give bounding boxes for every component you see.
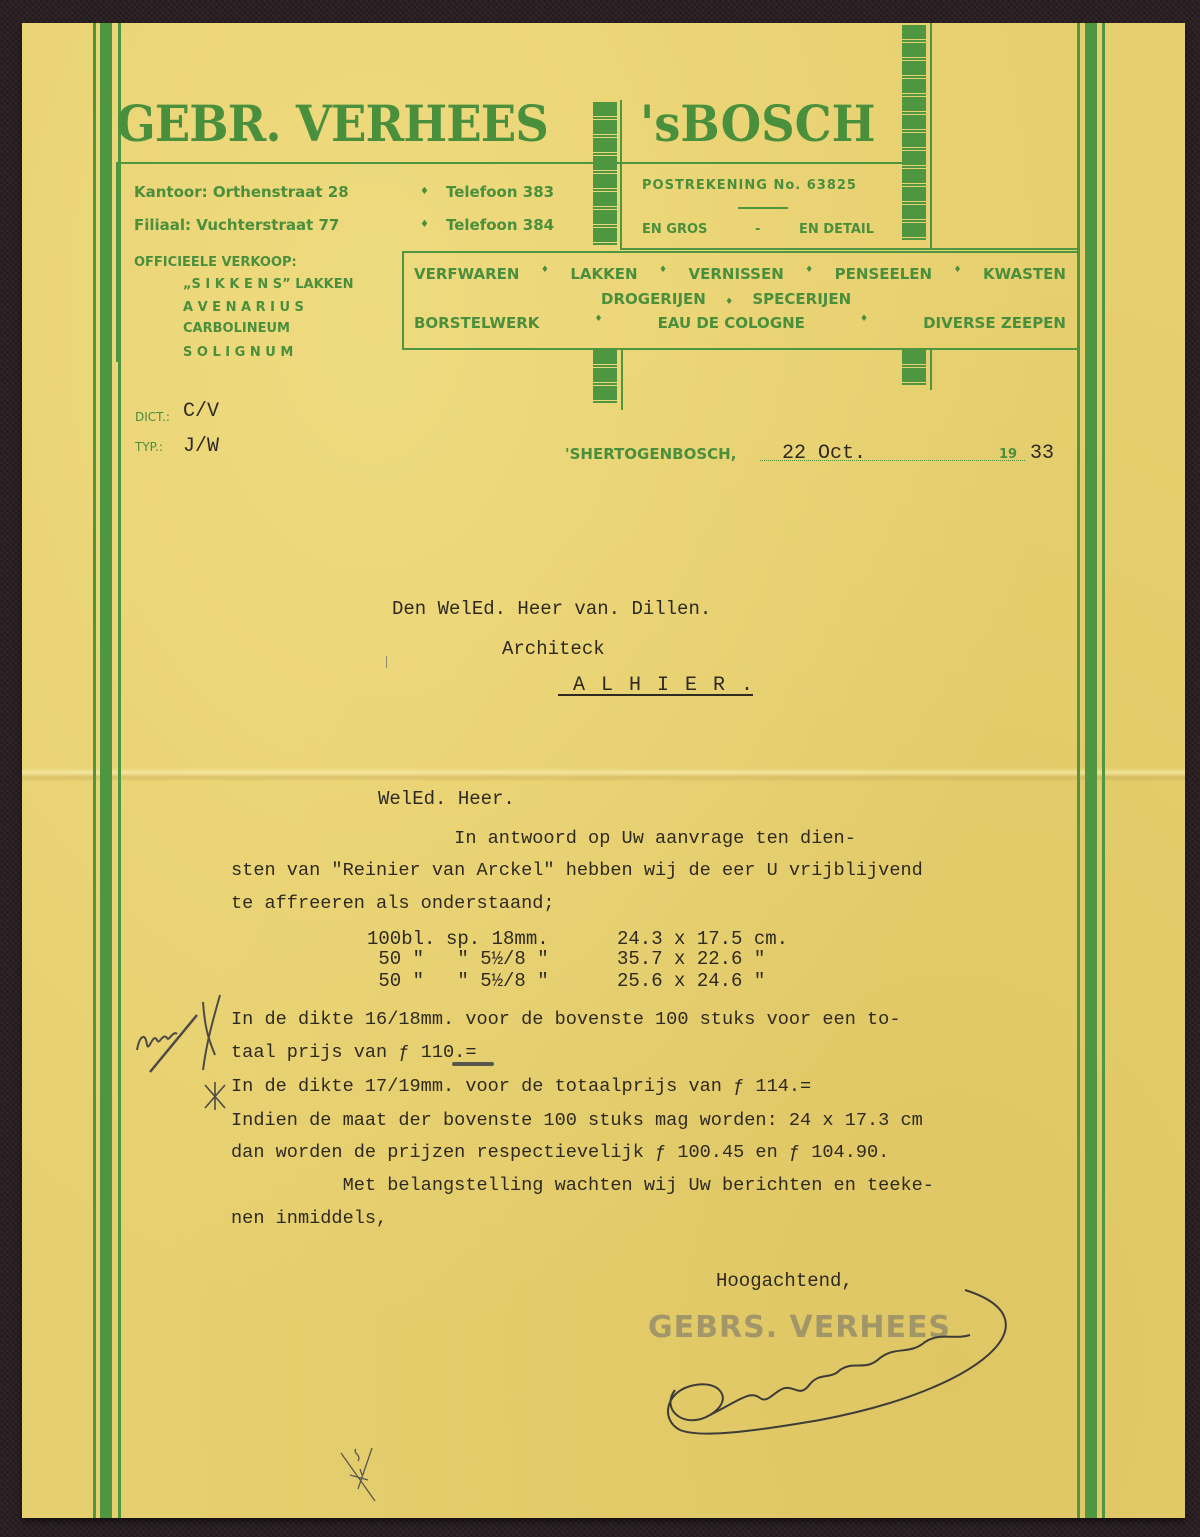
products-row-1: VERFWAREN ♦ LAKKEN ♦ VERNISSEN ♦ PENSEEL…: [414, 265, 1066, 283]
decorative-bars-left-top: [593, 102, 617, 246]
product-item: VERFWAREN: [414, 265, 519, 283]
bullet-icon: ♦: [541, 265, 549, 283]
recipient-title: Architeck: [502, 638, 605, 660]
body-line: te affreeren als onderstaand;: [231, 893, 555, 914]
postal-account: POSTREKENING No. 63825: [642, 178, 857, 193]
product-item: DROGERIJEN: [601, 290, 706, 308]
salutation: WelEd. Heer.: [378, 788, 515, 810]
right-border-thick: [1085, 23, 1097, 1518]
price-pencil-underline: [452, 1062, 494, 1066]
decorative-bars-right-bottom: [902, 350, 926, 386]
date-value: 22 Oct.: [782, 442, 866, 465]
header-rule-left-vertical: [116, 162, 118, 362]
header-rule-mid-vertical: [620, 100, 622, 250]
products-row-2: DROGERIJEN ♦ SPECERIJEN: [601, 290, 851, 308]
product-item: EAU DE COLOGNE: [658, 314, 805, 332]
right-border-thin-outer: [1102, 23, 1105, 1518]
pencil-mark: [386, 656, 387, 668]
product-item: SPECERIJEN: [752, 290, 851, 308]
official-sales-item: S O L I G N U M: [183, 345, 293, 360]
products-row-3: BORSTELWERK ♦ EAU DE COLOGNE ♦ DIVERSE Z…: [414, 314, 1066, 332]
typ-value: J/W: [183, 435, 219, 458]
spec-size: 35.7 x 22.6 ": [617, 948, 765, 970]
official-sales-item: A V E N A R I U S: [183, 300, 304, 315]
alternative-line-1: Indien de maat der bovenste 100 stuks ma…: [231, 1110, 923, 1131]
company-city: 'sBOSCH: [640, 94, 876, 153]
closing-line-1: Met belangstelling wachten wij Uw berich…: [231, 1175, 934, 1196]
retail-label: EN DETAIL: [799, 222, 874, 237]
bullet-icon: ♦: [725, 297, 733, 307]
bullet-icon: ♦: [805, 265, 813, 283]
branch-address: Filiaal: Vuchterstraat 77: [134, 216, 339, 234]
postal-divider: [738, 207, 788, 209]
left-border-thick: [100, 23, 112, 1518]
product-item: LAKKEN: [570, 265, 637, 283]
spec-type: " 5½/8 ": [446, 970, 549, 992]
official-sales-item: „S I K K E N S” LAKKEN: [183, 277, 354, 292]
header-rule-right-vertical: [930, 23, 932, 248]
offer-1-prefix: taal prijs van ƒ: [231, 1042, 421, 1063]
typ-label: TYP.:: [135, 440, 163, 454]
bullet-icon: ♦: [659, 265, 667, 283]
bullet-icon: ♦: [860, 314, 868, 332]
official-sales-item: CARBOLINEUM: [183, 321, 290, 336]
branch-phone: Telefoon 384: [446, 216, 554, 234]
recipient-name: Den WelEd. Heer van. Dillen.: [392, 598, 711, 620]
spec-qty: 100bl.: [367, 928, 435, 950]
margin-annotation-acc: [125, 990, 235, 1110]
offer-1-line-1: In de dikte 16/18mm. voor de bovenste 10…: [231, 1009, 900, 1030]
header-rule-bottom-right-stem: [930, 348, 932, 390]
place-label: 'SHERTOGENBOSCH,: [565, 445, 736, 463]
right-border-thin-inner: [1077, 23, 1080, 1518]
spec-qty: 50 ": [367, 970, 424, 992]
bullet-icon: ♦: [954, 265, 962, 283]
dict-label: DICT.:: [135, 410, 170, 424]
product-item: KWASTEN: [983, 265, 1066, 283]
decorative-bars-left-bottom: [593, 350, 617, 404]
closing-line-2: nen inmiddels,: [231, 1208, 387, 1229]
body-line: sten van "Reinier van Arckel" hebben wij…: [231, 860, 923, 881]
decorative-bars-right-top: [902, 25, 926, 241]
bullet-icon: ♦: [420, 219, 429, 230]
body-line: In antwoord op Uw aanvrage ten dien-: [231, 828, 856, 849]
spec-type: sp. 18mm.: [446, 928, 549, 950]
product-item: PENSEELEN: [835, 265, 932, 283]
bullet-icon: ♦: [594, 314, 602, 332]
office-address: Kantoor: Orthenstraat 28: [134, 183, 349, 201]
header-rule-bottom-left-stem: [621, 348, 623, 410]
product-item: DIVERSE ZEEPEN: [923, 314, 1066, 332]
header-rule-horizontal: [116, 162, 906, 164]
company-name: GEBR. VERHEES: [116, 94, 548, 153]
bullet-icon: ♦: [420, 186, 429, 197]
spec-qty: 50 ": [367, 948, 424, 970]
offer-1-line-2: taal prijs van ƒ 110.=: [231, 1042, 476, 1063]
official-sales-heading: OFFICIEELE VERKOOP:: [134, 255, 297, 270]
year-prefix: 19: [999, 447, 1017, 462]
signature: [640, 1280, 1040, 1440]
fold-crease: [22, 768, 1185, 782]
dict-value: C/V: [183, 400, 219, 423]
offer-1-price: 110.=: [421, 1042, 477, 1063]
spec-size: 24.3 x 17.5 cm.: [617, 928, 788, 950]
offer-2: In de dikte 17/19mm. voor de totaalprijs…: [231, 1076, 811, 1097]
left-border-thin-outer: [93, 23, 96, 1518]
header-rule-bottom: [620, 248, 1077, 250]
product-item: VERNISSEN: [688, 265, 783, 283]
year-suffix: 33: [1030, 442, 1054, 465]
product-item: BORSTELWERK: [414, 314, 539, 332]
office-phone: Telefoon 383: [446, 183, 554, 201]
left-border-thin-inner: [118, 23, 121, 1518]
spec-type: " 5½/8 ": [446, 948, 549, 970]
recipient-location-underline: [558, 694, 753, 696]
spec-size: 25.6 x 24.6 ": [617, 970, 765, 992]
bottom-pencil-initials: [338, 1445, 378, 1505]
alternative-line-2: dan worden de prijzen respectievelijk ƒ …: [231, 1142, 889, 1163]
wholesale-label: EN GROS: [642, 222, 707, 237]
wholesale-separator: -: [755, 222, 760, 237]
